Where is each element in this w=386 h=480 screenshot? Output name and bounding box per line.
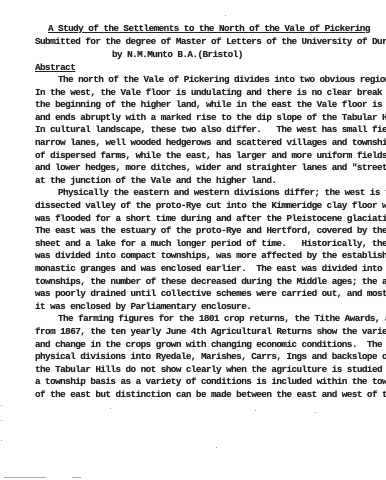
scan-edge-mark bbox=[72, 477, 81, 478]
body-line: a township basis as a variety of conditi… bbox=[35, 376, 386, 388]
scan-edge-mark bbox=[4, 477, 46, 478]
section-heading-abstract: Abstract bbox=[35, 62, 75, 74]
body-line: In the west, the Vale floor is undulatin… bbox=[35, 87, 386, 99]
body-line: the Tabular Hills do not show clearly wh… bbox=[35, 364, 386, 376]
body-line: from 1867, the ten yearly June 4th Agric… bbox=[35, 326, 386, 338]
body-line: dissected valley of the proto-Rye cut in… bbox=[35, 200, 386, 212]
scan-speck bbox=[1, 440, 2, 441]
body-line: of the east but distinction can be made … bbox=[35, 389, 386, 401]
body-line: physical divisions into Ryedale, Marishe… bbox=[35, 351, 386, 363]
scan-speck bbox=[1, 405, 2, 406]
body-line: was poorly drained until collective sche… bbox=[35, 288, 386, 300]
document-byline: by N.M.Munto B.A.(Bristol) bbox=[112, 49, 243, 61]
body-line: the beginning of the higher land, while … bbox=[35, 99, 386, 111]
document-title: A Study of the Settlements to the North … bbox=[48, 23, 370, 35]
scan-speck bbox=[255, 410, 256, 411]
scan-speck bbox=[1, 420, 2, 421]
body-line: at the junction of the Vale and the high… bbox=[35, 175, 276, 187]
scan-speck bbox=[216, 447, 217, 448]
body-line: The farming figures for the 1801 crop re… bbox=[58, 313, 386, 325]
body-line: townships, the number of these decreased… bbox=[35, 276, 386, 288]
body-line: and lower hedges, more ditches, wider an… bbox=[35, 162, 386, 174]
body-line: narrow lanes, well wooded hedgerows and … bbox=[35, 137, 386, 149]
body-line: The east was the estuary of the proto-Ry… bbox=[35, 225, 386, 237]
document-page: A Study of the Settlements to the North … bbox=[0, 0, 386, 480]
body-line: it was enclosed by Parliamentary enclosu… bbox=[35, 301, 251, 313]
body-line: In cultural landscape, these two also di… bbox=[35, 124, 386, 136]
document-subtitle: Submitted for the degree of Master of Le… bbox=[35, 36, 386, 48]
body-line: Physically the eastern and western divis… bbox=[58, 187, 386, 199]
body-line: sheet and a lake for a much longer perio… bbox=[35, 238, 386, 250]
body-line: and change in the crops grown with chang… bbox=[35, 339, 386, 351]
scan-speck bbox=[110, 408, 111, 409]
body-line: monastic granges and was enclosed earlie… bbox=[35, 263, 386, 275]
body-line: and ends abruptly with a marked rise to … bbox=[35, 112, 386, 124]
scan-speck bbox=[225, 15, 226, 16]
scan-speck bbox=[315, 412, 316, 413]
body-line: The north of the Vale of Pickering divid… bbox=[58, 74, 386, 86]
body-line: of dispersed farms, while the east, has … bbox=[35, 150, 386, 162]
body-line: was divided into compact townships, was … bbox=[35, 250, 386, 262]
body-line: was flooded for a short time during and … bbox=[35, 213, 386, 225]
